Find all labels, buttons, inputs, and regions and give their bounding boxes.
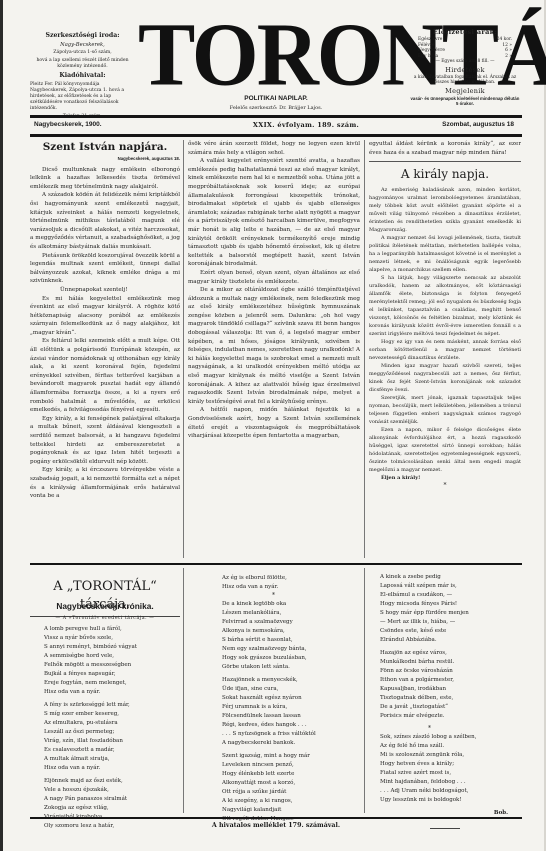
column-divider bbox=[183, 140, 184, 558]
poem-line: Sok, színes zászló lobog a szélben, bbox=[380, 733, 520, 742]
poem-line: Kapusaljban, irodákban bbox=[380, 685, 520, 694]
poem-line: De a kinek legtöbb oka bbox=[222, 600, 362, 609]
poem-line: Hogy sok gyászos buzulásban, bbox=[222, 654, 362, 663]
poem-line: A nagybecskereki bankok. bbox=[222, 739, 362, 748]
poem-line: Hazajönnek a menyecskék, bbox=[222, 676, 362, 685]
poem-stanza: Hazajön az egész város, Munkálkodni bárh… bbox=[380, 649, 520, 721]
article-paragraph: A magyar nemzet ősi lovagi jellemének, t… bbox=[369, 234, 521, 274]
poem-line: Hazajön az egész város, bbox=[380, 649, 520, 658]
poem-line: Nagyvilági kalandjait bbox=[222, 806, 362, 815]
poem-line: . . . Adj Uram néki boldogságot, bbox=[380, 787, 520, 796]
poem-line: Az elmultakra, pu-stulásra bbox=[44, 719, 180, 728]
poem-line: Mint hajdanában, feldobog . . . bbox=[380, 778, 520, 787]
article-paragraph: Ezért olyan benső, olyan szent, olyan ál… bbox=[188, 269, 360, 286]
poem-line: A multak álmait siratja, bbox=[44, 755, 180, 764]
column-divider bbox=[364, 140, 365, 558]
article-paragraph: egyuttal áldást kérünk a koronás király“… bbox=[369, 140, 521, 157]
poem-line: Munkálkodni bárha restül. bbox=[380, 658, 520, 667]
appears-text: vasár- és ünnepnapok kivételével mindenn… bbox=[410, 96, 520, 107]
poem-stanza: Az ég is elborul fölötte, Hisz oda van a… bbox=[222, 574, 362, 592]
poem-line: Leveleken nincsen penző, bbox=[222, 761, 362, 770]
ads-heading: Hirdetések bbox=[410, 66, 520, 74]
volume-number: XXIX. évfolyam. 189. szám. bbox=[216, 121, 396, 129]
article-paragraph: Es feltárul lelki szemeink előtt a mult … bbox=[30, 337, 180, 414]
poem-column-2: Az ég is elborul fölötte, Hisz oda van a… bbox=[222, 574, 362, 828]
poem-line: Hisz oda van a nyár. bbox=[44, 764, 180, 773]
article-column-3: egyuttal áldást kérünk a koronás király“… bbox=[369, 140, 521, 558]
poem-line: Csöndes este, késő este bbox=[380, 627, 520, 636]
poem-line: Ugy lesszünk mi is boldogok! bbox=[380, 796, 520, 805]
article-paragraph: Hogy ez igy van és nem másként, annak fo… bbox=[369, 338, 521, 362]
poem-line: A lomb peregve hull a fáról, bbox=[44, 625, 180, 634]
poem-line: Alkonyattájt most a korzó, bbox=[222, 779, 362, 788]
publisher-heading: Kiadóhivatal: bbox=[30, 72, 135, 80]
ads-text: a kiadóhivatalban fogadtatnak el. Árszab… bbox=[410, 75, 520, 86]
office-city: Nagy-Becskerek, bbox=[30, 42, 135, 48]
price-value: 2 » bbox=[505, 54, 512, 60]
poem-line: . . . S nyüzsögnek a friss váltóktól bbox=[222, 730, 362, 739]
appears-heading: Megjelenik bbox=[410, 87, 520, 95]
poem-line: Es csalavesztett a madár, bbox=[44, 746, 180, 755]
article-paragraph: Egy király, a ki érczszavu törvényekbe v… bbox=[30, 466, 180, 500]
poem-line: S míg ezer ember kesereg, bbox=[44, 710, 180, 719]
article-byline: Nagybecskerek, augusztus 18. bbox=[30, 155, 180, 164]
poem-line: Az ég is elborul fölötte, bbox=[222, 574, 362, 583]
star-divider: * bbox=[380, 725, 520, 733]
poem-stanza: Hazajönnek a menyecskék, Üde ifjan, sine… bbox=[222, 676, 362, 748]
article-separator bbox=[369, 161, 521, 162]
poem-line: A nagy Pán panaszos siralmát bbox=[44, 795, 180, 804]
poem-line: S bárha sértit e hasonlat, bbox=[222, 636, 362, 645]
bottom-rule bbox=[30, 817, 522, 819]
poem-line: De a javát „tisztogatást“ bbox=[380, 703, 520, 712]
supplement-note: A hivatalos melléklet 179. számával. bbox=[186, 822, 366, 829]
poem-line: Hogy élénkebb lett ezerte bbox=[222, 770, 362, 779]
column-divider bbox=[364, 568, 365, 813]
article-paragraph: De a mikor az oltáráldozat égbe szálló t… bbox=[188, 286, 360, 406]
poem-line: El-elbámul a csudákon, — bbox=[380, 591, 520, 600]
article-column-1: Szent István napjára. Nagybecskerek, aug… bbox=[30, 138, 180, 501]
poem-line: A fény is szürkeséggé lett már, bbox=[44, 701, 180, 710]
poem-line: A ki szegény, a ki rangos, bbox=[222, 797, 362, 806]
article-headline: Szent István napjára. bbox=[30, 140, 180, 154]
article-paragraph: Szeretjük, mert jónak, igaznak tapasztal… bbox=[369, 394, 521, 426]
poem-line: Hogy micsoda fényes Páris! bbox=[380, 600, 520, 609]
poem-line: S hogy már épp fürdőre menjen bbox=[380, 609, 520, 618]
poem-stanza: A kinek a zsebe pedig Lapossá vált szépe… bbox=[380, 573, 520, 645]
masthead-rule bbox=[30, 115, 522, 118]
poem-line: Hisz oda van a nyár. bbox=[222, 583, 362, 592]
poem-stanza: Szent igazság, mint a hogy már Leveleken… bbox=[222, 752, 362, 824]
poem-line: Eljönnek majd az őszi esték, bbox=[44, 777, 180, 786]
dateline: Nagybecskerek, 1900. XXIX. évfolyam. 189… bbox=[30, 121, 522, 131]
article-paragraph: Minden igaz magyar hazafi szivből szeret… bbox=[369, 362, 521, 394]
publisher-text: Pleitz Fer. Pál könyvnyomdája Nagybecske… bbox=[30, 82, 135, 112]
poem-line: Vissz a nyár bűvös szele, bbox=[44, 634, 180, 643]
poem-line: Bujkál a fényes napsugár, bbox=[44, 670, 180, 679]
poem-line: Görbe utakon lett sánta. bbox=[222, 663, 362, 672]
masthead-left-info: Szerkesztőségi iroda: Nagy-Becskerek, Zá… bbox=[30, 32, 135, 122]
feuilleton-rule bbox=[30, 563, 522, 565]
editor-line: Felelős szerkesztő: Dr. Brájjer Lajos. bbox=[186, 105, 366, 111]
poem-line: Üde ifjan, sine cura, bbox=[222, 685, 362, 694]
poem-line: Porisics már elvégezte. bbox=[380, 712, 520, 721]
article-paragraph: Dicső multunknak nagy emlékein elborongó… bbox=[30, 166, 180, 192]
poem-line: Itthon van a polgármester, bbox=[380, 676, 520, 685]
newspaper-logo: TORONTÁL bbox=[138, 12, 406, 96]
poem-stanza: A lomb peregve hull a fáról, Vissz a nyá… bbox=[44, 625, 180, 697]
star-divider: * bbox=[369, 482, 521, 490]
article-column-2: ősök vére árán szerzett földet, hogy ne … bbox=[188, 140, 360, 556]
star-divider: * bbox=[222, 592, 362, 600]
poem-line: Sokat használt egész nyáron bbox=[222, 694, 362, 703]
prices-heading: Előfizetési árak: bbox=[410, 28, 520, 36]
poem-line: Hogy hetven éves a király; bbox=[380, 760, 520, 769]
poem-line: Az ég felé hő ima száll. bbox=[380, 742, 520, 751]
poem-stanza: A fény is szürkeséggé lett már, S míg ez… bbox=[44, 701, 180, 773]
poem-line: Nem egy szalmaözvegy bánta, bbox=[222, 645, 362, 654]
article-paragraph: S ha látjuk, hogy világszerte nemcsak az… bbox=[369, 274, 521, 338]
poem-line: A kinek a zsebe pedig bbox=[380, 573, 520, 582]
poem-line: Zokogja az egész világ, bbox=[44, 804, 180, 813]
poem-subtitle: — A »Torontál« eredeti tárcája. — bbox=[30, 614, 180, 623]
poem-line: Leszáll az őszi permeteg; bbox=[44, 728, 180, 737]
poem-line: Fölcsendülnek lassan lassan bbox=[222, 712, 362, 721]
column-divider bbox=[183, 568, 184, 813]
newspaper-subtitle: POLITIKAI NAPILAP. bbox=[186, 95, 366, 102]
poem-title: Nagybecskereki krónika. bbox=[30, 600, 180, 612]
poem-line: Hisz oda van a nyár. bbox=[44, 688, 180, 697]
office-address: Zápolya-utcza 1-ső szám, bbox=[30, 50, 135, 56]
article-headline: A király napja. bbox=[369, 166, 521, 182]
poem-line: Tisztogatnak délben, este, bbox=[380, 694, 520, 703]
poem-stanza: Eljönnek majd az őszi esték, Vele a hoss… bbox=[44, 777, 180, 831]
poem-line: S annyi reményt, bimbózó vágyat bbox=[44, 643, 180, 652]
end-rule bbox=[430, 828, 460, 829]
page-binding-edge bbox=[0, 0, 3, 851]
poem-line: Fönn az öcske városházán bbox=[380, 667, 520, 676]
article-paragraph: Éljen a király! bbox=[369, 474, 521, 482]
poem-line: Elrándul Abbáziába. bbox=[380, 636, 520, 645]
office-note: hová a lap szellemi részét illető minden… bbox=[30, 58, 135, 70]
article-paragraph: Egy király, a ki fenségének palástjával … bbox=[30, 415, 180, 467]
office-heading: Szerkesztőségi iroda: bbox=[30, 32, 135, 40]
poem-line: Oly szomoru lesz a határ, bbox=[44, 822, 180, 831]
poem-line: Szent igazság, mint a hogy már bbox=[222, 752, 362, 761]
poem-line: — Mert az illik is, hiába, — bbox=[380, 618, 520, 627]
poem-stanza: De a kinek legtöbb oka Lészen melankóliá… bbox=[222, 600, 362, 672]
article-paragraph: Ünnepnapokat szentelj! bbox=[30, 286, 180, 295]
poem-line: Ott rójja a szűke járdát bbox=[222, 788, 362, 797]
poem-column-1: Nagybecskereki krónika. — A »Torontál« e… bbox=[30, 600, 180, 835]
poem-line: Lapossá vált szépen már is, bbox=[380, 582, 520, 591]
newspaper-page: Szerkesztőségi iroda: Nagy-Becskerek, Zá… bbox=[0, 0, 546, 851]
article-paragraph: Pietásunk örökzöld koszorujával övezzük … bbox=[30, 252, 180, 286]
article-paragraph: ősök vére árán szerzett földet, hogy ne … bbox=[188, 140, 360, 157]
poem-line: Régi, kedves, édes hangok . . . bbox=[222, 721, 362, 730]
article-paragraph: Az emberiség haladásának azon, minden ko… bbox=[369, 186, 521, 234]
poem-line: Alkonya is nemsokára, bbox=[222, 627, 362, 636]
poem-line: Mi is szolosznát zengünk róla, bbox=[380, 751, 520, 760]
article-paragraph: Ezen a napon, mikor ő felsége dicsőséges… bbox=[369, 426, 521, 474]
dateline-rule bbox=[30, 134, 522, 137]
place-year: Nagybecskerek, 1900. bbox=[34, 121, 102, 128]
poem-line: A semmiségbe hord vele, bbox=[44, 652, 180, 661]
poem-column-3: A kinek a zsebe pedig Lapossá vált szépe… bbox=[380, 573, 520, 829]
poem-stanza: Sok, színes zászló lobog a szélben, Az é… bbox=[380, 733, 520, 805]
poem-line: Férj uramnak is a kúra, bbox=[222, 703, 362, 712]
issue-date: Szombat, augusztus 18 bbox=[442, 121, 514, 128]
article-paragraph: A vallási kegyelet erényeiért szentté av… bbox=[188, 157, 360, 269]
single-copy-price: — Egyes szám ára 8 fill. — bbox=[410, 59, 520, 65]
article-paragraph: Es mi hálás kegyelettel emlékezünk meg é… bbox=[30, 295, 180, 338]
poem-line: Lészen melankóliára, bbox=[222, 609, 362, 618]
article-paragraph: A századok ködén át felidézzük némi krip… bbox=[30, 191, 180, 251]
poem-line: Felhők mögött a messzeségben bbox=[44, 661, 180, 670]
masthead-right-info: Előfizetési árak: Egész évre24 kor. Félé… bbox=[410, 28, 520, 108]
article-paragraph: A hétfői napon, midőn hálánkat fejeztük … bbox=[188, 406, 360, 440]
poem-line: Fiatal szive azért most is, bbox=[380, 769, 520, 778]
poem-line: Virág, szín, illat foszladóban bbox=[44, 737, 180, 746]
poem-line: Felvirrad a szalmaözvegy bbox=[222, 618, 362, 627]
poem-line: Vele a hosszu éjszakák, bbox=[44, 786, 180, 795]
poem-line: Ereje fogytán, nem melenget, bbox=[44, 679, 180, 688]
